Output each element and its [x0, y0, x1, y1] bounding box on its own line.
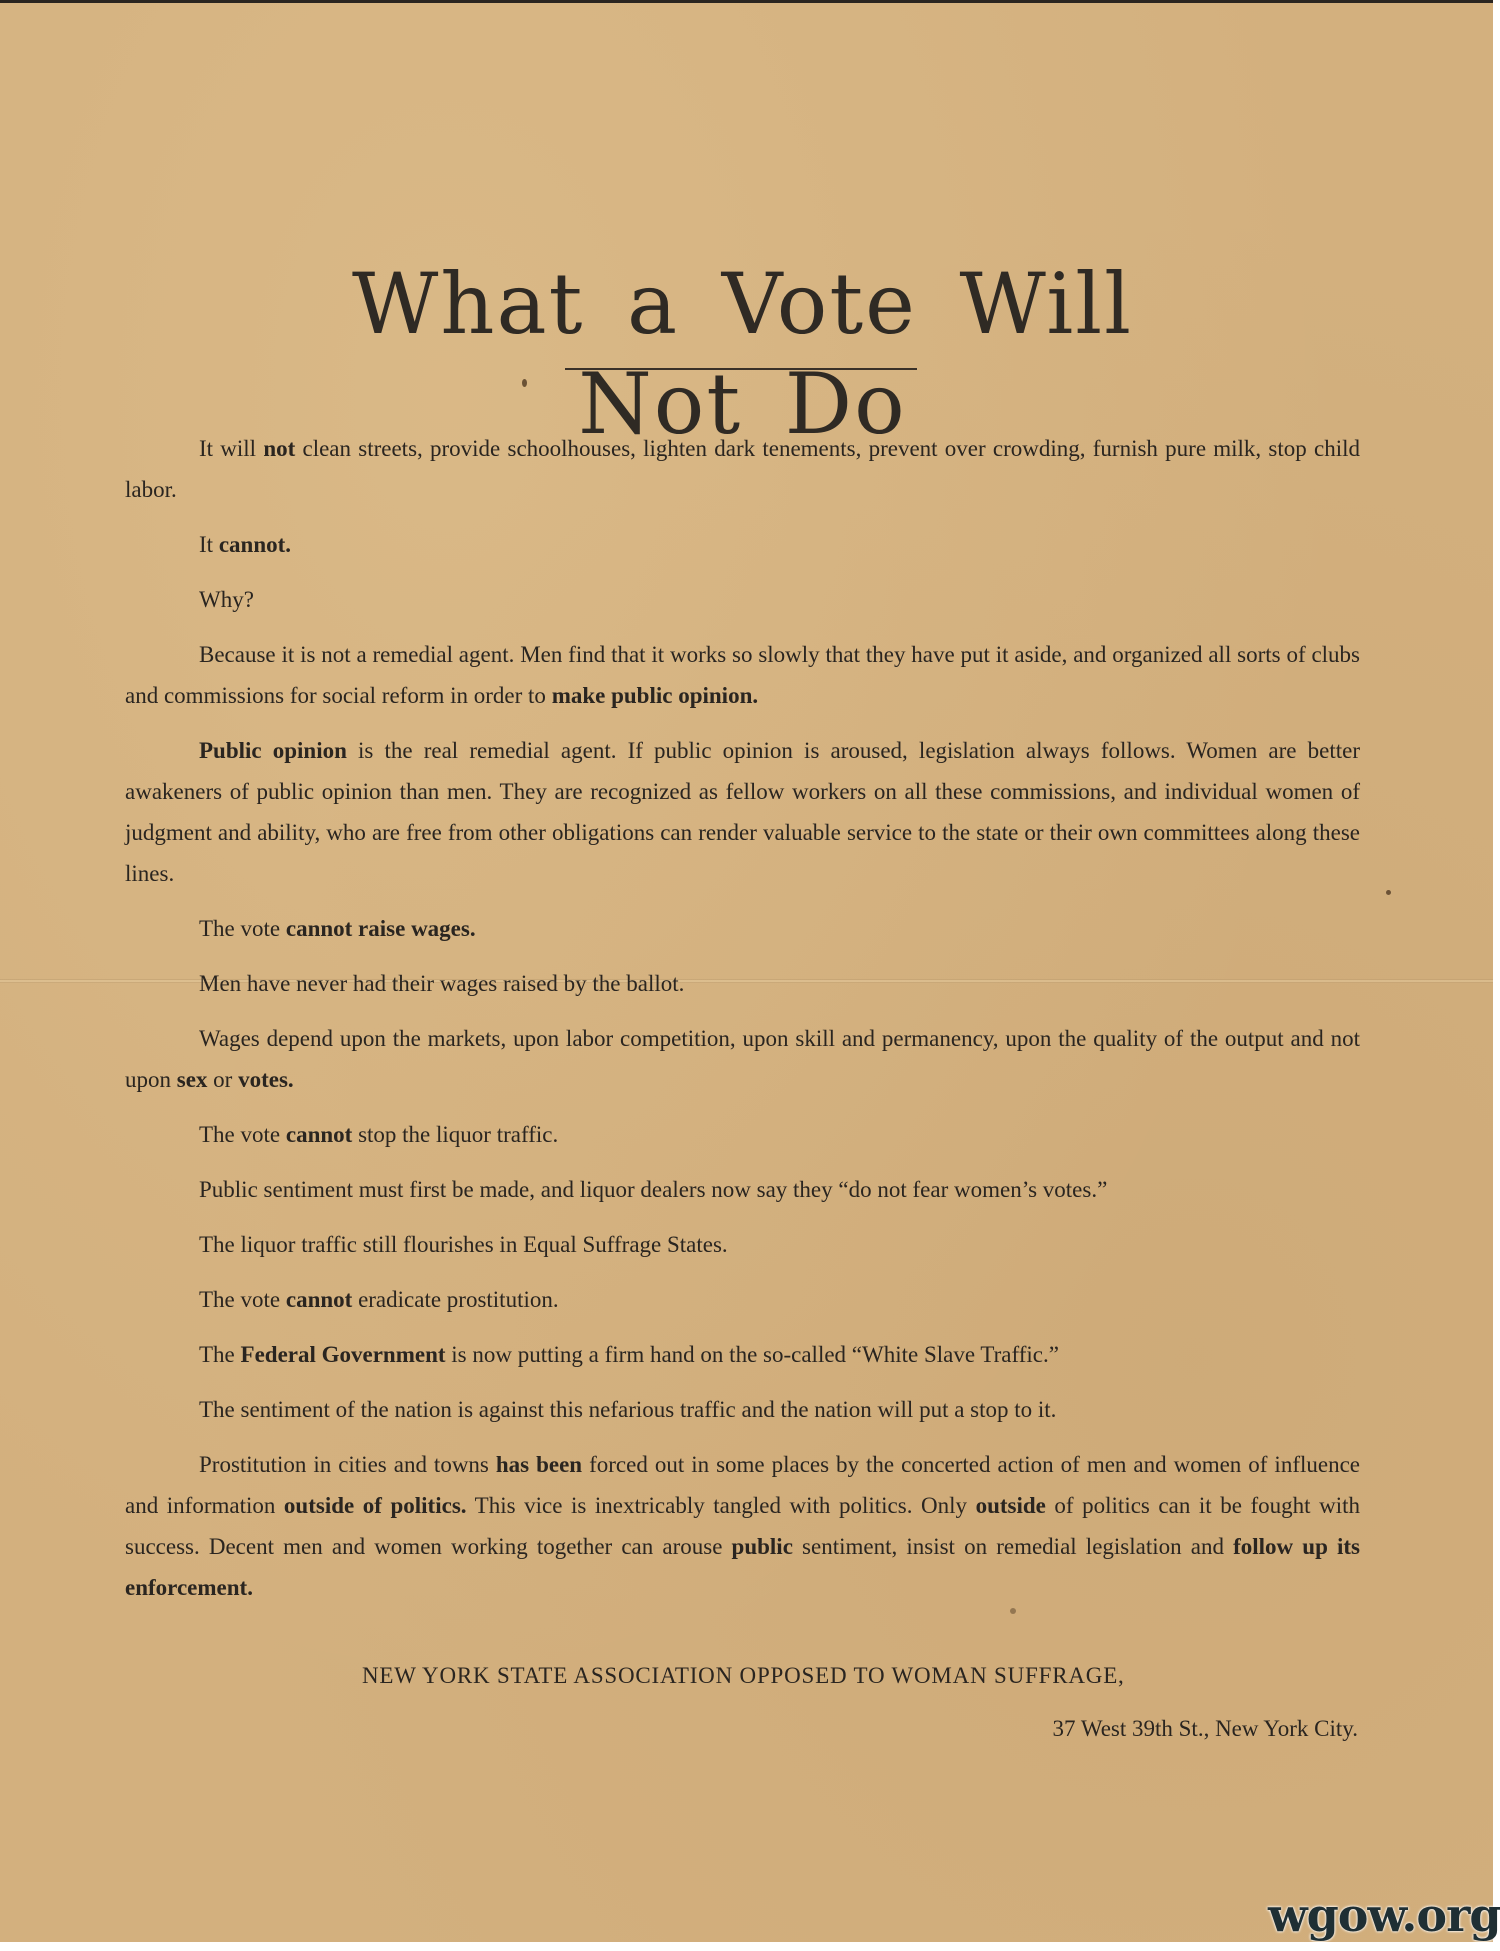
paragraph-text: or	[207, 1067, 238, 1092]
emphasized-text: cannot	[286, 1122, 352, 1147]
ink-speck	[1386, 890, 1391, 895]
emphasized-text: cannot	[286, 1287, 352, 1312]
watermark-wgow: wgow.org	[1268, 1888, 1500, 1942]
signature-organization: NEW YORK STATE ASSOCIATION OPPOSED TO WO…	[362, 1663, 1282, 1689]
paragraph-text: eradicate prostitution.	[352, 1287, 558, 1312]
paragraph-text: sentiment, insist on remedial legislatio…	[793, 1534, 1233, 1559]
paragraph-text: stop the liquor traffic.	[352, 1122, 558, 1147]
body-paragraph: Because it is not a remedial agent. Men …	[125, 634, 1360, 716]
emphasized-text: votes.	[238, 1067, 294, 1092]
emphasized-text: Public opinion	[199, 738, 347, 763]
body-paragraph: It cannot.	[125, 524, 1360, 565]
emphasized-text: outside	[976, 1493, 1046, 1518]
paragraph-text: Men have never had their wages raised by…	[199, 971, 684, 996]
body-paragraph: The vote cannot eradicate prostitution.	[125, 1279, 1360, 1320]
leaflet-page: What a Vote Will Not Do It will not clea…	[0, 0, 1493, 1942]
body-paragraph: Public opinion is the real remedial agen…	[125, 730, 1360, 894]
paragraph-text: It	[199, 532, 219, 557]
body-paragraph: Wages depend upon the markets, upon labo…	[125, 1018, 1360, 1100]
emphasized-text: public	[732, 1534, 793, 1559]
emphasized-text: Federal Government	[241, 1342, 446, 1367]
paragraph-text: The vote	[199, 1122, 286, 1147]
paragraph-text: This vice is inextricably tangled with p…	[467, 1493, 976, 1518]
paragraph-text: clean streets, provide schoolhouses, lig…	[125, 436, 1360, 502]
paragraph-text: It will	[199, 436, 263, 461]
paragraph-text: The	[199, 1342, 241, 1367]
title-divider-rule	[565, 368, 917, 370]
paragraph-text: Wages depend upon the markets, upon labo…	[125, 1026, 1360, 1092]
body-paragraph: Why?	[125, 579, 1360, 620]
body-paragraph: The vote cannot stop the liquor traffic.	[125, 1114, 1360, 1155]
emphasized-text: make public opinion.	[552, 683, 758, 708]
paragraph-text: The vote	[199, 1287, 286, 1312]
emphasized-text: cannot raise wages.	[286, 916, 476, 941]
body-paragraph: It will not clean streets, provide schoo…	[125, 428, 1360, 510]
paragraph-text: The liquor traffic still flourishes in E…	[199, 1232, 728, 1257]
emphasized-text: sex	[177, 1067, 208, 1092]
body-paragraph: Men have never had their wages raised by…	[125, 963, 1360, 1004]
paragraph-text: Public sentiment must first be made, and…	[199, 1177, 1107, 1202]
signature-address: 37 West 39th St., New York City.	[975, 1716, 1358, 1742]
paragraph-text: Why?	[199, 587, 254, 612]
document-body: It will not clean streets, provide schoo…	[125, 428, 1360, 1622]
body-paragraph: The sentiment of the nation is against t…	[125, 1389, 1360, 1430]
body-paragraph: Prostitution in cities and towns has bee…	[125, 1444, 1360, 1608]
document-title: What a Vote Will Not Do	[250, 254, 1235, 454]
body-paragraph: The liquor traffic still flourishes in E…	[125, 1224, 1360, 1265]
emphasized-text: outside of politics.	[284, 1493, 467, 1518]
paragraph-text: Prostitution in cities and towns	[199, 1452, 496, 1477]
paragraph-text: is now putting a firm hand on the so-cal…	[446, 1342, 1059, 1367]
emphasized-text: not	[263, 436, 295, 461]
body-paragraph: The Federal Government is now putting a …	[125, 1334, 1360, 1375]
body-paragraph: Public sentiment must first be made, and…	[125, 1169, 1360, 1210]
paragraph-text: The sentiment of the nation is against t…	[199, 1397, 1056, 1422]
body-paragraph: The vote cannot raise wages.	[125, 908, 1360, 949]
paragraph-text: The vote	[199, 916, 286, 941]
emphasized-text: has been	[496, 1452, 582, 1477]
emphasized-text: cannot.	[219, 532, 291, 557]
